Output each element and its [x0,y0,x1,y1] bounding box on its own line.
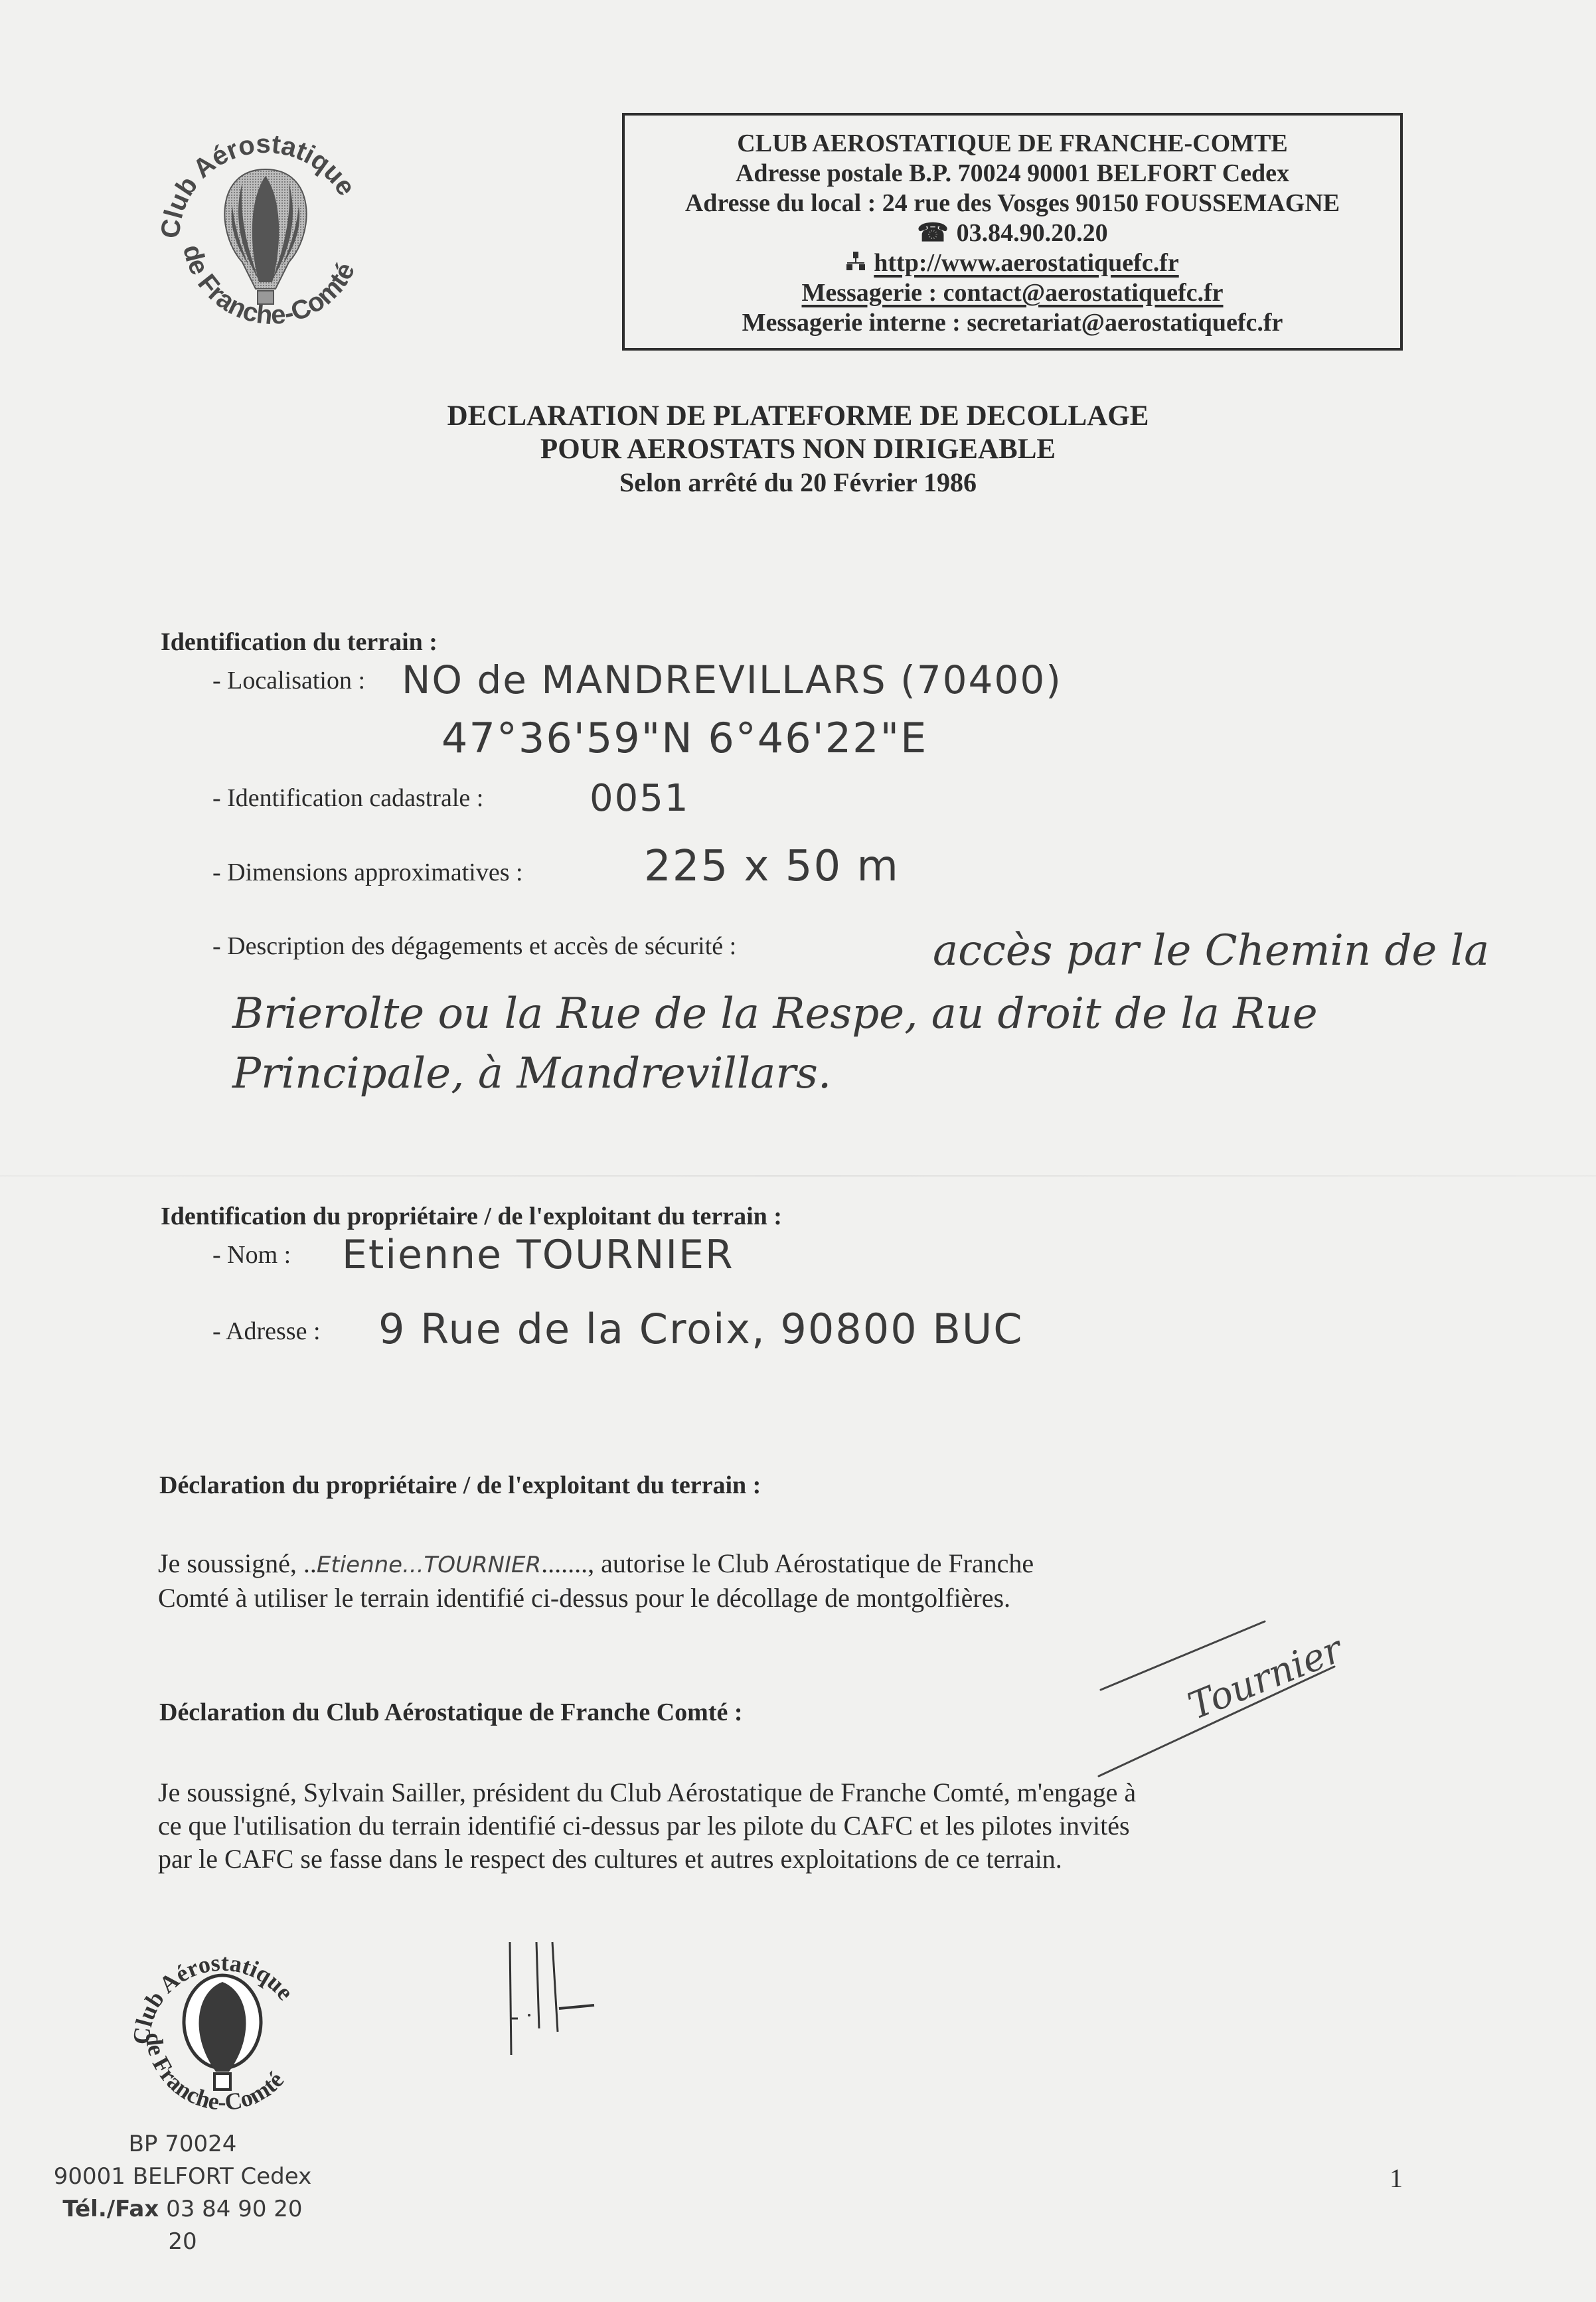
balloon-icon [224,169,306,304]
website-line[interactable]: http://www.aerostatiquefc.fr [625,248,1400,278]
stamp-tel: Tél./Fax 03 84 90 20 20 [53,2193,312,2258]
description-value-line-1: accès par le Chemin de la [933,926,1489,975]
cadastre-label: - Identification cadastrale : [212,783,483,813]
description-value-line-3: Principale, à Mandrevillars. [232,1049,831,1098]
description-label: - Description des dégagements et accès d… [212,932,736,961]
stamp-city: 90001 BELFORT Cedex [53,2161,312,2193]
club-logo: Club Aérostatique de Franche-Comté [143,106,388,345]
title-line-2: POUR AEROSTATS NON DIRIGEABLE [0,433,1596,466]
club-contact-box: CLUB AEROSTATIQUE DE FRANCHE-COMTE Adres… [622,113,1403,351]
svg-text:Tournier: Tournier [1182,1627,1348,1728]
localisation-value: NO de MANDREVILLARS (70400) [402,657,1062,702]
stamp-bp: BP 70024 [53,2128,312,2161]
document-title: DECLARATION DE PLATEFORME DE DECOLLAGE P… [0,400,1596,499]
stamp-address: BP 70024 90001 BELFORT Cedex Tél./Fax 03… [53,2128,312,2258]
title-line-3: Selon arrêté du 20 Février 1986 [0,466,1596,499]
internal-email-line: Messagerie interne : secretariat@aerosta… [625,308,1400,338]
club-declaration-text: Je soussigné, Sylvain Sailler, président… [158,1776,1136,1876]
page-number: 1 [1390,2163,1403,2194]
local-address: Adresse du local : 24 rue des Vosges 901… [625,189,1400,218]
title-line-1: DECLARATION DE PLATEFORME DE DECOLLAGE [0,400,1596,433]
owner-name-value: Etienne TOURNIER [342,1232,734,1278]
phone-number: 03.84.90.20.20 [957,219,1108,247]
club-stamp: Club Aérostatique de Franche-Comté [116,1929,329,2135]
terrain-heading: Identification du terrain : [161,627,438,657]
owner-address-label: - Adresse : [212,1317,321,1346]
network-icon [846,248,866,278]
coordinates-value: 47°36'59"N 6°46'22"E [441,714,927,762]
postal-address: Adresse postale B.P. 70024 90001 BELFORT… [625,159,1400,189]
owner-declaration-text: Je soussigné, ..Etienne...TOURNIER......… [158,1547,1034,1615]
phone-line: ☎03.84.90.20.20 [625,218,1400,248]
balloon-icon [184,1975,261,2090]
localisation-label: - Localisation : [212,666,365,695]
cadastre-value: 0051 [590,777,690,820]
owner-address-value: 9 Rue de la Croix, 90800 BUC [378,1305,1024,1353]
owner-signed-name: Etienne...TOURNIER [317,1552,541,1578]
description-value-line-2: Brierolte ou la Rue de la Respe, au droi… [232,989,1318,1038]
owner-heading: Identification du propriétaire / de l'ex… [161,1202,782,1231]
owner-name-label: - Nom : [212,1240,291,1270]
owner-signature: Tournier [1095,1613,1348,1789]
club-declaration-heading: Déclaration du Club Aérostatique de Fran… [159,1698,743,1727]
email-line[interactable]: Messagerie : contact@aerostatiquefc.fr [625,278,1400,308]
telephone-icon: ☎ [917,218,948,248]
email-link[interactable]: Messagerie : contact@aerostatiquefc.fr [801,279,1223,307]
website-link[interactable]: http://www.aerostatiquefc.fr [874,249,1178,277]
paper-fold [0,1175,1596,1177]
owner-declaration-heading: Déclaration du propriétaire / de l'explo… [159,1471,761,1500]
president-signature [498,1935,631,2072]
dimensions-label: - Dimensions approximatives : [212,858,523,887]
org-name: CLUB AEROSTATIQUE DE FRANCHE-COMTE [625,129,1400,159]
dimensions-value: 225 x 50 m [644,842,900,891]
